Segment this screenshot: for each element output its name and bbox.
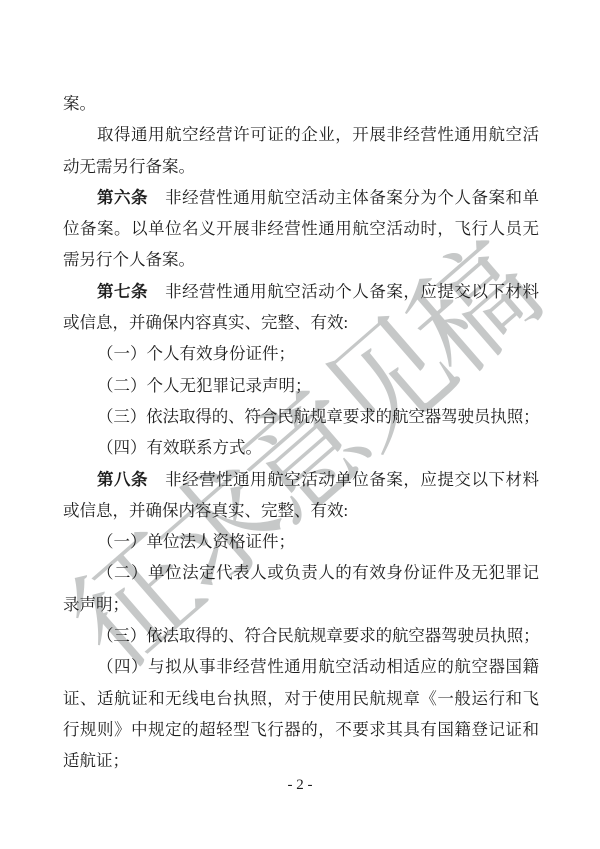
page-number: - 2 - xyxy=(0,777,600,794)
document-line: （一）个人有效身份证件； xyxy=(63,338,539,369)
document-line: （三）依法取得的、符合民航规章要求的航空器驾驶员执照； xyxy=(63,620,539,651)
document-line: 适航证； xyxy=(63,745,539,776)
document-line: 第七条 非经营性通用航空活动个人备案，应提交以下材料 xyxy=(63,276,539,307)
document-line: 或信息，并确保内容真实、完整、有效: xyxy=(63,495,539,526)
document-line: （二）单位法定代表人或负责人的有效身份证件及无犯罪记 xyxy=(63,557,539,588)
document-body: 案。 取得通用航空经营许可证的企业，开展非经营性通用航空活 动无需另行备案。 第… xyxy=(63,88,539,777)
document-line: （四）有效联系方式。 xyxy=(63,432,539,463)
article-number: 第八条 xyxy=(97,471,148,489)
document-line: （一）单位法人资格证件； xyxy=(63,526,539,557)
document-line: 位备案。以单位名义开展非经营性通用航空活动时，飞行人员无 xyxy=(63,213,539,244)
article-number: 第六条 xyxy=(97,189,148,207)
document-line: （三）依法取得的、符合民航规章要求的航空器驾驶员执照； xyxy=(63,401,539,432)
document-line: 动无需另行备案。 xyxy=(63,151,539,182)
article-text: 非经营性通用航空活动主体备案分为个人备案和单 xyxy=(148,188,539,207)
document-line: 证、适航证和无线电台执照，对于使用民航规章《一般运行和飞 xyxy=(63,683,539,714)
document-line: 或信息，并确保内容真实、完整、有效: xyxy=(63,307,539,338)
document-page: 征求意见稿 案。 取得通用航空经营许可证的企业，开展非经营性通用航空活 动无需另… xyxy=(0,0,600,849)
document-line: 行规则》中规定的超轻型飞行器的，不要求其具有国籍登记证和 xyxy=(63,714,539,745)
document-line: 第八条 非经营性通用航空活动单位备案，应提交以下材料 xyxy=(63,464,539,495)
document-line: （二）个人无犯罪记录声明； xyxy=(63,370,539,401)
document-line: 取得通用航空经营许可证的企业，开展非经营性通用航空活 xyxy=(63,119,539,150)
article-text: 非经营性通用航空活动个人备案，应提交以下材料 xyxy=(148,282,539,301)
document-line: 第六条 非经营性通用航空活动主体备案分为个人备案和单 xyxy=(63,182,539,213)
article-text: 非经营性通用航空活动单位备案，应提交以下材料 xyxy=(148,470,539,489)
document-line: 录声明； xyxy=(63,589,539,620)
article-number: 第七条 xyxy=(97,283,148,301)
document-line: 需另行个人备案。 xyxy=(63,244,539,275)
document-line: 案。 xyxy=(63,88,539,119)
document-line: （四）与拟从事非经营性通用航空活动相适应的航空器国籍 xyxy=(63,651,539,682)
